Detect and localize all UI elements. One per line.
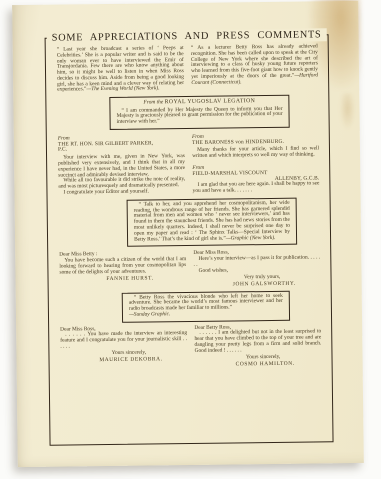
closing: Very truly yours,: [194, 274, 321, 281]
signature: MAURICE DEKOBRA.: [61, 357, 188, 364]
quote-source: —The Evening World (New York).: [86, 86, 159, 93]
letter-allenby: From FIELD-MARSHAL VISCOUNT ALLENBY, G.C…: [192, 164, 319, 194]
letter-paragraph: . . . . . . You have made the interview …: [60, 331, 187, 350]
press-quote-hartford-courant: “ As a lecturer Betty Ross has already a…: [191, 44, 318, 92]
press-quotes-row: “ Last year she broadcast a series of ‘ …: [57, 44, 319, 93]
letter-paragraph: I am glad that you are here again. I sha…: [193, 182, 320, 195]
letter-fannie-hurst: Dear Miss Betty : You have become such a…: [59, 250, 186, 290]
letter-paragraph: You have become such a citizen of the wo…: [59, 257, 186, 276]
letter-paragraph: . . . . . . I am delighted but not in th…: [194, 330, 321, 355]
quote-source: —Sunday Graphic.: [129, 311, 170, 318]
quote-text: “ Betty Ross the vivacious blonde who le…: [129, 292, 283, 311]
scanned-page-background: SOME APPRECIATIONS AND PRESS COMMENTS “ …: [0, 0, 381, 479]
letter-hindenburg: From THE BARONESS von HINDENBURG. Many t…: [192, 133, 319, 160]
royal-legation-box: From the ROYAL YUGOSLAV LEGATION “ I am …: [109, 95, 289, 130]
press-quote-evening-world: “ Last year she broadcast a series of ‘ …: [57, 46, 184, 94]
letters-row-3: Dear Miss Ross, . . . . . . You have mad…: [60, 323, 322, 370]
paper-sheet: SOME APPRECIATIONS AND PRESS COMMENTS “ …: [12, 1, 364, 467]
letters-row-2: Dear Miss Betty : You have become such a…: [59, 249, 320, 290]
quote-source: —Graphic (New York).: [226, 235, 276, 242]
page-border-frame: SOME APPRECIATIONS AND PRESS COMMENTS “ …: [45, 34, 334, 445]
letter-paragraph: I congratulate your Editor and yourself.: [58, 189, 185, 196]
letter-paragraph: Your interview with me, given in New Yor…: [58, 154, 185, 179]
signature: FANNIE HURST.: [60, 276, 187, 283]
letters-right-column: From THE BARONESS von HINDENBURG. Many t…: [192, 131, 320, 195]
letters-row-1: From THE RT. HON. SIR GILBERT PARKER, P.…: [58, 131, 320, 196]
letter-maurice-dekobra: Dear Miss Ross, . . . . . . You have mad…: [60, 325, 187, 371]
stain-decoration-small: [339, 93, 355, 131]
letter-cosmo-hamilton: Dear Betty Ross, . . . . . . I am deligh…: [194, 323, 321, 369]
royal-legation-quote: “ I am commanded by Her Majesty the Quee…: [116, 106, 282, 125]
graphic-newyork-box: “ Talk to her, and you apprehend her cos…: [127, 198, 298, 248]
letter-gilbert-parker: From THE RT. HON. SIR GILBERT PARKER, P.…: [58, 133, 186, 197]
page-title: SOME APPRECIATIONS AND PRESS COMMENTS: [47, 28, 327, 44]
from-label: From the: [143, 100, 163, 106]
signature: COSMO HAMILTON.: [195, 361, 322, 368]
letter-paragraph: Many thanks for your article, which I fi…: [192, 147, 319, 160]
page-content: “ Last year she broadcast a series of ‘ …: [57, 44, 323, 440]
letter-john-galsworthy: Dear Miss Ross, Here’s your interview—as…: [193, 249, 320, 289]
organization-name: ROYAL YUGOSLAV LEGATION: [165, 98, 256, 105]
signature: JOHN GALSWORTHY.: [194, 281, 321, 288]
sunday-graphic-box: “ Betty Ross the vivacious blonde who le…: [122, 290, 290, 322]
